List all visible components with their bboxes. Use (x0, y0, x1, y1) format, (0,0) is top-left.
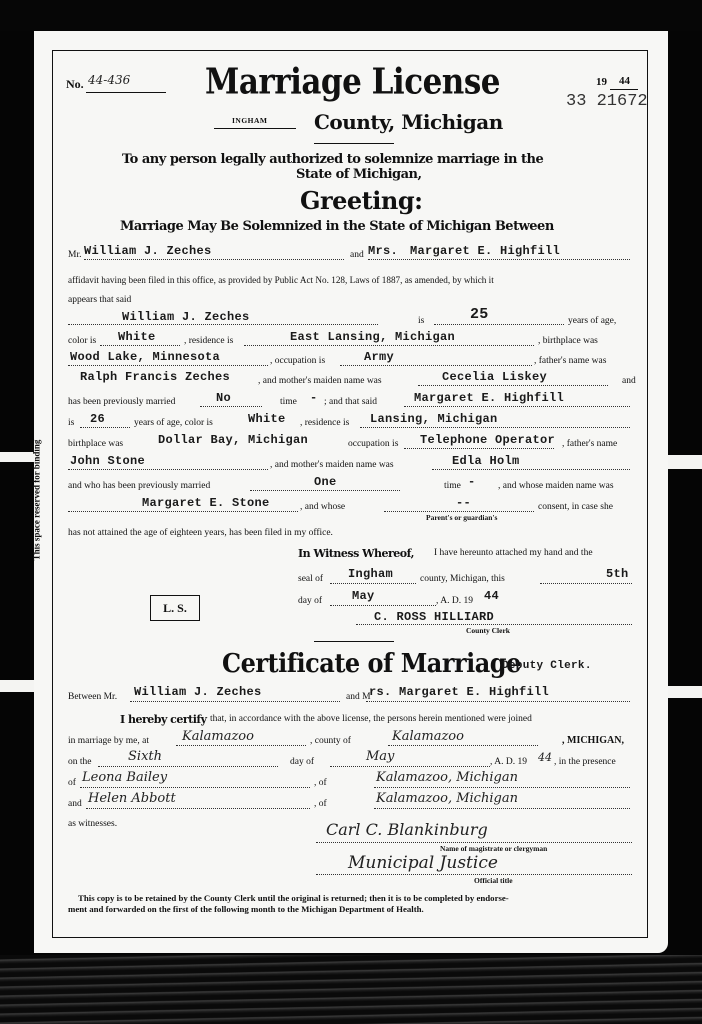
groom-time-value: - (310, 391, 318, 405)
field-line (98, 766, 278, 767)
witness2-name: Helen Abbott (88, 791, 176, 806)
marriage-day: Sixth (128, 749, 162, 764)
bride-is-label: is (68, 418, 74, 428)
consent-value: -- (456, 496, 471, 510)
groom-prev-married: No (216, 391, 231, 405)
groom-father: Ralph Francis Zeches (80, 370, 230, 384)
deputy-clerk: Deputy Clerk. (502, 660, 592, 672)
groom-color: White (118, 330, 156, 344)
bride-mother-label: , and mother's maiden name was (270, 460, 394, 470)
footer-line-1: This copy is to be retained by the Count… (78, 893, 509, 903)
seal-county: Ingham (348, 567, 393, 581)
mother-label: , and mother's maiden name was (258, 376, 382, 386)
cert-county-label: , county of (310, 736, 351, 746)
field-line (432, 469, 630, 470)
field-line (330, 766, 490, 767)
year-prefix: 19 (596, 76, 607, 88)
birthplace-label: , birthplace was (538, 336, 598, 346)
field-line (330, 605, 436, 606)
county-clerk-caption: County Clerk (466, 626, 510, 635)
cert-bride: rs. Margaret E. Highfill (369, 685, 549, 699)
bride-birthplace: Dollar Bay, Michigan (158, 433, 308, 447)
field-line (360, 427, 630, 428)
field-line (130, 701, 340, 702)
is-label: is (418, 316, 424, 326)
intro-line-2: State of Michigan, (296, 167, 422, 182)
witness2-place: Kalamazoo, Michigan (376, 791, 518, 806)
page-title: Marriage License (205, 61, 500, 102)
groom-name: William J. Zeches (84, 244, 212, 258)
field-line (80, 427, 130, 428)
license-number-label: No. (66, 77, 84, 92)
number-underline (86, 92, 166, 93)
age-suffix: years of age, (568, 316, 616, 326)
field-line (68, 469, 268, 470)
bride-father-label: , father's name (562, 439, 617, 449)
witness-whereof-lead: In Witness Whereof, (298, 547, 414, 560)
bride-time-value: - (468, 475, 476, 489)
field-line (316, 874, 632, 875)
affidavit-text: affidavit having been filed in this offi… (68, 275, 494, 285)
seal-box-text: L. S. (163, 601, 187, 616)
county-clerk-name: C. ROSS HILLIARD (374, 610, 494, 624)
seal-day: 5th (606, 567, 629, 581)
seal-of-label: seal of (298, 574, 323, 584)
field-line (366, 701, 630, 702)
footer-line-2: ment and forwarded on the first of the f… (68, 904, 424, 914)
field-line (374, 808, 630, 809)
year-underline (610, 89, 638, 90)
residence-label: , residence is (184, 336, 233, 346)
groom-birthplace: Wood Lake, Minnesota (70, 350, 220, 364)
groom-residence: East Lansing, Michigan (290, 330, 455, 344)
bride-color: White (248, 412, 286, 426)
bride-prev-label: and who has been previously married (68, 481, 210, 491)
field-line (200, 406, 262, 407)
official-title-value: Municipal Justice (348, 853, 498, 873)
groom-prev-label: has been previously married (68, 397, 175, 407)
field-line (434, 324, 564, 325)
scan-artifact (668, 455, 702, 469)
presence-label: , in the presence (554, 757, 616, 767)
field-line (384, 511, 534, 512)
consent-label: consent, in case she (538, 502, 613, 512)
bride-father: John Stone (70, 454, 145, 468)
marriage-county: Kalamazoo (392, 729, 464, 744)
license-number-value: 44-436 (88, 73, 130, 87)
bride-maiden-label: , and whose maiden name was (498, 481, 614, 491)
groom-line (84, 259, 344, 260)
field-line (540, 583, 632, 584)
ad-label: , A. D. 19 (436, 596, 473, 606)
bride-age: 26 (90, 412, 105, 426)
binding-note-text: This space reserved for binding (31, 440, 41, 561)
field-line (68, 324, 378, 325)
witness1-of-label: , of (314, 778, 327, 788)
bride-time-label: time (444, 481, 461, 491)
field-line (316, 842, 632, 843)
cert-state: , MICHIGAN, (562, 735, 624, 746)
scan-bottom-border (0, 955, 702, 1024)
marriage-month: May (366, 749, 394, 764)
field-line (100, 345, 180, 346)
bride-prefix: Mrs. (368, 244, 398, 258)
bride-line (368, 259, 630, 260)
county-michigan-label: county, Michigan, this (420, 574, 505, 584)
witness2-and-label: and (68, 799, 82, 809)
bride-residence: Lansing, Michigan (370, 412, 498, 426)
field-line (404, 448, 554, 449)
field-line (68, 365, 268, 366)
bride-residence-label: , residence is (300, 418, 349, 428)
eighteen-clause: has not attained the age of eighteen yea… (68, 528, 333, 538)
bride-birthplace-label: birthplace was (68, 439, 123, 449)
cert-day-of-label: day of (290, 757, 314, 767)
county-label: County, Michigan (314, 110, 503, 134)
binding-note: This space reserved for binding (29, 420, 43, 580)
bride-occupation-label: occupation is (348, 439, 398, 449)
field-line (68, 511, 298, 512)
seal-box: L. S. (150, 595, 200, 621)
witness-whereof-text: I have hereunto attached my hand and the (434, 548, 593, 558)
father-label: , father's name was (534, 356, 606, 366)
and-text: and (622, 376, 636, 386)
field-line (388, 745, 538, 746)
bride-prev-married: One (314, 475, 337, 489)
as-witnesses: as witnesses. (68, 819, 117, 829)
scan-artifact (668, 686, 702, 698)
field-line (80, 787, 310, 788)
certify-lead: I hereby certify (120, 713, 207, 726)
witness2-of-label: , of (314, 799, 327, 809)
scan-artifact (0, 680, 34, 692)
cert-ad-label: , A. D. 19 (490, 757, 527, 767)
field-line (176, 745, 306, 746)
officiant-caption: Name of magistrate or clergyman (440, 844, 547, 853)
field-line (404, 406, 630, 407)
groom-age: 25 (470, 306, 489, 323)
seal-year: 44 (484, 589, 499, 603)
and-label: and (350, 250, 364, 260)
stamp-number: 33 21672 (566, 92, 648, 111)
certify-text: that, in accordance with the above licen… (210, 714, 532, 724)
cert-groom: William J. Zeches (134, 685, 262, 699)
field-line (244, 345, 534, 346)
bride-mother: Edla Holm (452, 454, 520, 468)
mr-label: Mr. (68, 250, 81, 260)
guardian-caption: Parent's or guardian's (426, 513, 497, 522)
marriage-place: Kalamazoo (182, 729, 254, 744)
intro-line-1: To any person legally authorized to sole… (122, 152, 543, 167)
time-label: time (280, 397, 297, 407)
field-line (340, 365, 532, 366)
witness1-name: Leona Bailey (82, 770, 167, 785)
day-of-label: day of (298, 596, 322, 606)
bride-name: Margaret E. Highfill (410, 244, 560, 258)
witness1-place: Kalamazoo, Michigan (376, 770, 518, 785)
field-line (374, 787, 630, 788)
bride-maiden-name: Margaret E. Stone (142, 496, 270, 510)
title-divider (314, 143, 394, 144)
color-label: color is (68, 336, 96, 346)
appears-text: appears that said (68, 295, 131, 305)
groom-name-detail: William J. Zeches (122, 310, 250, 324)
field-line (86, 808, 310, 809)
county-underline (214, 128, 296, 129)
field-line (356, 624, 632, 625)
whose-label: , and whose (300, 502, 345, 512)
solemnized-heading: Marriage May Be Solemnized in the State … (120, 219, 554, 234)
groom-mother: Cecelia Liskey (442, 370, 547, 384)
county-value: INGHAM (232, 116, 268, 125)
place-label: in marriage by me, at (68, 736, 149, 746)
officiant-signature: Carl C. Blankinburg (326, 820, 488, 839)
greeting-heading: Greeting: (300, 186, 422, 215)
bride-age-suffix: years of age, color is (134, 418, 213, 428)
section-divider (314, 641, 394, 642)
marriage-year: 44 (538, 751, 552, 764)
year-value: 44 (619, 75, 630, 87)
between-label: Between Mr. (68, 692, 117, 702)
occupation-label: , occupation is (270, 356, 325, 366)
field-line (418, 385, 608, 386)
bride-name-detail: Margaret E. Highfill (414, 391, 564, 405)
scan-top-border (0, 0, 702, 31)
said-label: ; and that said (324, 397, 377, 407)
official-title-caption: Official title (474, 876, 513, 885)
certificate-title: Certificate of Marriage (222, 647, 521, 679)
groom-occupation: Army (364, 350, 394, 364)
bride-occupation: Telephone Operator (420, 433, 555, 447)
field-line (330, 583, 416, 584)
witness1-of-lead: of (68, 778, 76, 788)
on-the-label: on the (68, 757, 91, 767)
seal-month: May (352, 589, 375, 603)
field-line (250, 490, 400, 491)
